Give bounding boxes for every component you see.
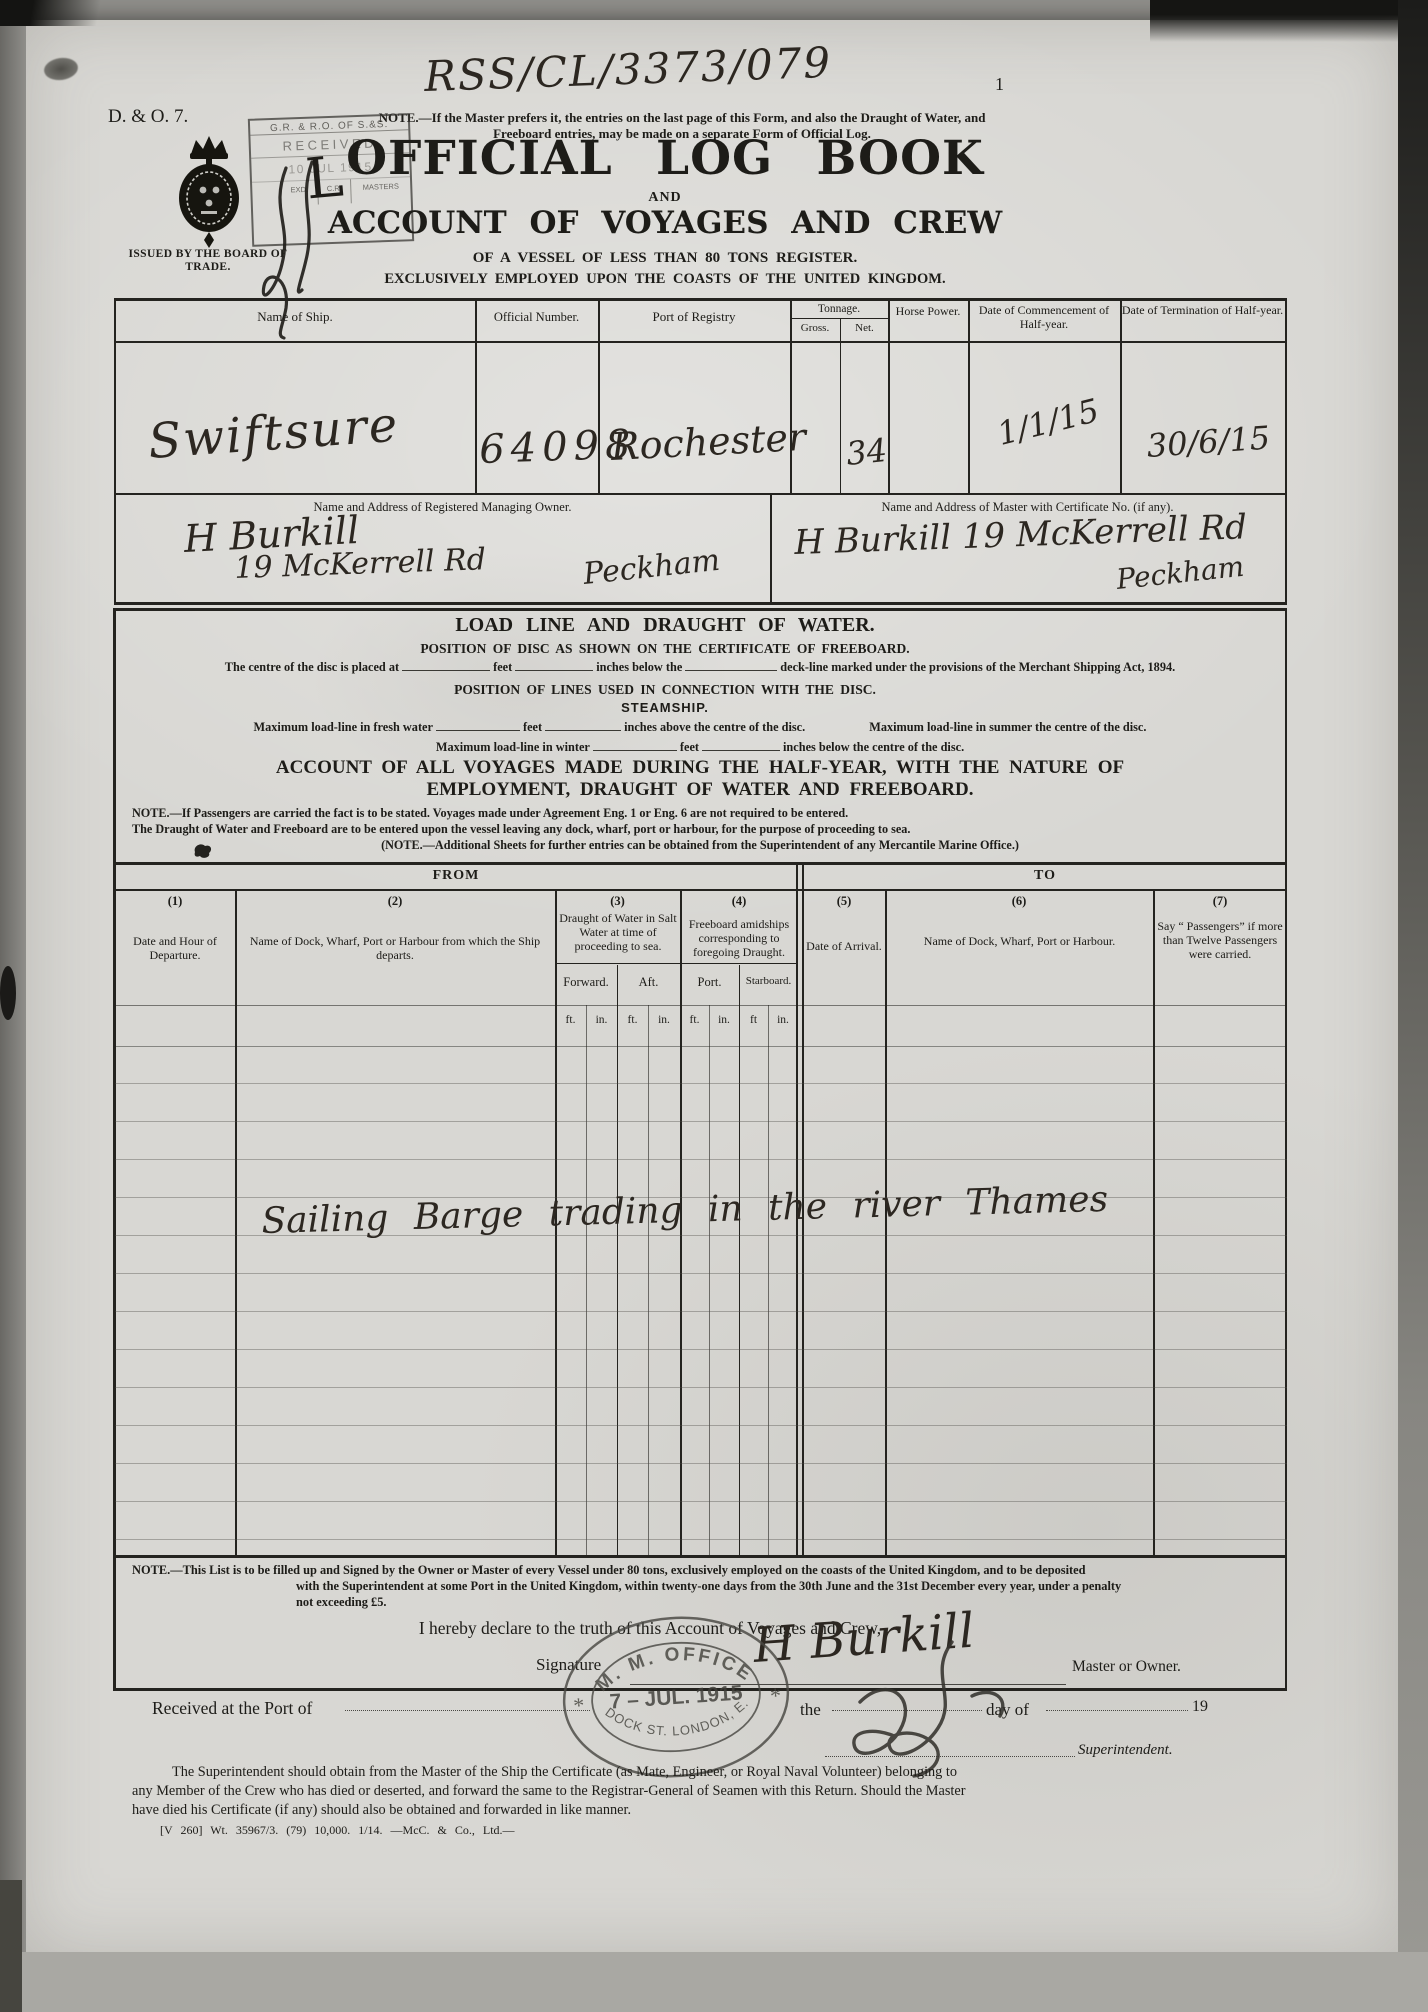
scan-corner-bottom-left: [0, 1880, 22, 2012]
rule-line: [115, 602, 1287, 605]
form-code: D. & O. 7.: [108, 106, 188, 128]
account-note-3: (NOTE.—Additional Sheets for further ent…: [130, 838, 1270, 852]
scan-ink-blob: [0, 966, 16, 1020]
document-title: OFFICIAL LOG BOOK: [310, 132, 1020, 186]
blank-field: [345, 1710, 590, 1711]
title-conjunction: AND: [310, 190, 1020, 206]
disc-placement-line: The centre of the disc is placed at feet…: [130, 660, 1270, 675]
account-note-2: The Draught of Water and Freeboard are t…: [132, 822, 910, 836]
footer-note-3: not exceeding £5.: [296, 1595, 387, 1609]
col-number: (4): [680, 894, 798, 908]
ft-in-label: ft.: [617, 1014, 648, 1027]
scanned-document: RSS/CL/3373/079 1 D. & O. 7. NOTE.—If th…: [0, 0, 1428, 2012]
rule-line: [475, 298, 477, 493]
col-header-freeboard: Freeboard amidships corresponding to for…: [683, 918, 795, 959]
ft-in-label: in.: [586, 1014, 617, 1027]
col-header-commencement: Date of Commencement of Half-year.: [968, 304, 1120, 332]
account-note-1: NOTE.—If Passengers are carried the fact…: [132, 806, 848, 820]
freshwater-summer-line: Maximum load-line in fresh water feet in…: [130, 720, 1270, 735]
col-header-net: Net.: [841, 322, 888, 335]
scan-corner-top-right: [1150, 0, 1428, 42]
blank-field: [402, 660, 490, 671]
document-subtitle: ACCOUNT OF VOYAGES AND CREW: [310, 206, 1020, 242]
page-number: 1: [995, 74, 1004, 95]
blank-field: [685, 660, 777, 671]
col-header-owner: Name and Address of Registered Managing …: [115, 500, 770, 514]
ft-in-label: in.: [768, 1014, 798, 1027]
steamship-heading: STEAMSHIP.: [310, 701, 1020, 716]
col-header-horse-power: Horse Power.: [888, 305, 968, 319]
footer-note-2: with the Superintendent at some Port in …: [296, 1579, 1121, 1593]
col-header-official-number: Official Number.: [475, 310, 598, 324]
col-header-port: Port of Registry: [598, 310, 790, 325]
print-code: [V 260] Wt. 35967/3. (79) 10,000. 1/14. …: [160, 1824, 515, 1838]
col-number: (5): [803, 894, 885, 908]
ft-in-label: in.: [648, 1014, 680, 1027]
col-number: (3): [555, 894, 680, 908]
fresh-seg-1: Maximum load-line in fresh water: [254, 720, 433, 734]
stamp-star-icon: *: [572, 1692, 585, 1718]
winter-seg-1: Maximum load-line in winter: [436, 740, 590, 754]
sub-header-forward: Forward.: [555, 975, 617, 989]
blank-field: [545, 720, 621, 731]
col-header-ship-name: Name of Ship.: [115, 310, 475, 325]
footer-note-1: NOTE.—This List is to be filled up and S…: [132, 1563, 1086, 1577]
disc-seg-4: deck-line marked under the provisions of…: [780, 660, 1175, 674]
ink-blot: [190, 840, 214, 860]
superintendent-para-2: any Member of the Crew who has died or d…: [132, 1783, 965, 1799]
blank-field: [515, 660, 593, 671]
col-number: (6): [885, 894, 1153, 908]
col-number: (1): [115, 894, 235, 908]
received-year-label: 19: [1192, 1698, 1208, 1716]
sub-header-port: Port.: [680, 975, 739, 989]
superintendent-label: Superintendent.: [1078, 1742, 1173, 1759]
col-header-draught: Draught of Water in Salt Water at time o…: [558, 912, 678, 953]
rule-line: [113, 608, 1287, 611]
superintendent-para-1: The Superintendent should obtain from th…: [172, 1764, 957, 1780]
winter-seg-2: feet: [680, 740, 699, 754]
ft-in-label: in.: [709, 1014, 739, 1027]
master-or-owner-label: Master or Owner.: [1072, 1658, 1181, 1676]
from-section-label: FROM: [115, 868, 797, 884]
col-header-gross: Gross.: [790, 322, 840, 335]
scan-edge-bottom: [0, 1952, 1428, 2012]
received-the-label: the: [800, 1700, 821, 1720]
mm-office-stamp: M. M. OFFICE DOCK ST. LONDON, E. 7 – JUL…: [550, 1604, 801, 1790]
fresh-seg-3: inches above the centre of the disc.: [624, 720, 805, 734]
to-section-label: TO: [803, 868, 1287, 884]
board-of-trade-crest-icon: [163, 130, 255, 248]
disc-seg-2: feet: [493, 660, 512, 674]
position-of-lines-heading: POSITION OF LINES USED IN CONNECTION WIT…: [310, 682, 1020, 698]
rule-line: [680, 963, 798, 964]
stamp-date-text: 7 – JUL. 1915: [609, 1681, 744, 1713]
rule-line: [115, 1555, 1287, 1558]
col-header-departure: Date and Hour of Departure.: [118, 935, 232, 963]
scan-corner-top-left: [0, 0, 130, 26]
col-header-to-place: Name of Dock, Wharf, Port or Harbour.: [888, 935, 1151, 949]
vessel-line-1: OF A VESSEL OF LESS THAN 80 TONS REGISTE…: [310, 250, 1020, 267]
col-header-from-place: Name of Dock, Wharf, Port or Harbour fro…: [240, 935, 550, 963]
blank-field: [1046, 1710, 1188, 1711]
load-line-title: LOAD LINE AND DRAUGHT OF WATER.: [310, 614, 1020, 637]
col-number: (2): [235, 894, 555, 908]
sub-header-aft: Aft.: [617, 975, 680, 989]
account-heading-line-1: ACCOUNT OF ALL VOYAGES MADE DURING THE H…: [130, 757, 1270, 779]
blank-field: [436, 720, 520, 731]
ft-in-label: ft.: [555, 1014, 586, 1027]
rule-line: [115, 862, 1287, 865]
stamp-star-icon: *: [769, 1683, 782, 1709]
position-of-disc-heading: POSITION OF DISC AS SHOWN ON THE CERTIFI…: [310, 641, 1020, 657]
rule-line: [115, 889, 1287, 891]
rule-line: [115, 493, 1287, 495]
port-of-registry-entry: Rochester: [610, 418, 807, 466]
sub-header-starboard: Starboard.: [739, 975, 798, 988]
disc-seg-3: inches below the: [596, 660, 682, 674]
rule-line: [115, 1005, 1287, 1006]
ft-in-label: ft: [739, 1014, 768, 1027]
winter-line: Maximum load-line in winter feet inches …: [130, 740, 1270, 755]
rule-line: [1285, 298, 1287, 605]
ft-in-label: ft.: [680, 1014, 709, 1027]
summer-line: Maximum load-line in summer the centre o…: [869, 720, 1146, 734]
col-number: (7): [1153, 894, 1287, 908]
col-header-arrival: Date of Arrival.: [804, 940, 884, 954]
owner-address-entry: 19 McKerrell Rd: [234, 545, 486, 584]
blank-field: [702, 740, 780, 751]
rule-line: [1120, 298, 1122, 493]
termination-date-entry: 30/6/15: [1146, 421, 1271, 462]
rule-line: [790, 318, 888, 319]
ruled-rows: [115, 1046, 1287, 1555]
col-header-termination: Date of Termination of Half-year.: [1120, 304, 1285, 318]
received-at-port-label: Received at the Port of: [152, 1698, 312, 1718]
net-tonnage-entry: 34: [845, 434, 889, 470]
scan-edge-right: [1398, 0, 1428, 2012]
col-header-passengers: Say “ Passengers” if more than Twelve Pa…: [1156, 920, 1284, 961]
fresh-seg-2: feet: [523, 720, 542, 734]
col-header-tonnage: Tonnage.: [790, 303, 888, 316]
rule-line: [115, 341, 1287, 343]
superintendent-para-3: have died his Certificate (if any) shoul…: [132, 1802, 631, 1818]
rule-line: [840, 318, 841, 493]
blank-field: [593, 740, 677, 751]
disc-seg-1: The centre of the disc is placed at: [225, 660, 399, 674]
winter-seg-3: inches below the centre of the disc.: [783, 740, 964, 754]
vessel-line-2: EXCLUSIVELY EMPLOYED UPON THE COASTS OF …: [310, 271, 1020, 288]
rule-line: [115, 298, 1287, 301]
account-heading-line-2: EMPLOYMENT, DRAUGHT OF WATER AND FREEBOA…: [130, 779, 1270, 801]
rule-line: [114, 298, 116, 605]
rule-line: [555, 963, 681, 964]
